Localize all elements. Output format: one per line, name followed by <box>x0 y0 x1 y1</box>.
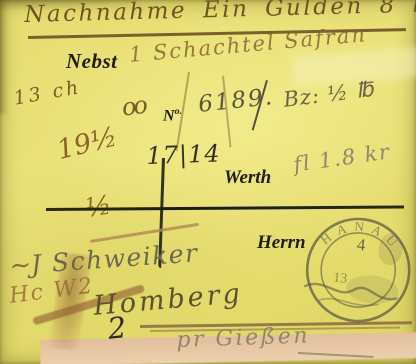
tally-mark: 17|14 <box>146 139 221 170</box>
destination-city: Homberg <box>92 278 244 322</box>
no-letter: N <box>163 107 175 124</box>
left-note-mid: 19½ <box>54 121 120 166</box>
recipient-name-flourish: ~ <box>8 250 33 282</box>
no-superscript: o. <box>175 106 182 117</box>
circular-postmark: HANAU 4 13 <box>290 204 416 340</box>
recipient-name: J Schweiker <box>30 238 199 279</box>
no-label: No. <box>163 106 182 125</box>
routing-note: pr Gießen <box>176 323 310 353</box>
left-edge-shadow <box>0 0 8 114</box>
postmark-day-numeral: 4 <box>356 235 367 255</box>
left-note-top: 13 ch <box>12 76 83 109</box>
declared-value: fl 1.8 kr <box>292 139 392 176</box>
postal-wrapper-scan: Nachnahme Ein Gulden 8 kr Nebst 1 Schach… <box>0 0 416 364</box>
postmark-lower-numeral: 13 <box>332 270 347 286</box>
nebst-label: Nebst <box>66 49 118 74</box>
werth-label: Werth <box>224 167 271 189</box>
pen-flourish-oo: oo <box>120 91 147 122</box>
